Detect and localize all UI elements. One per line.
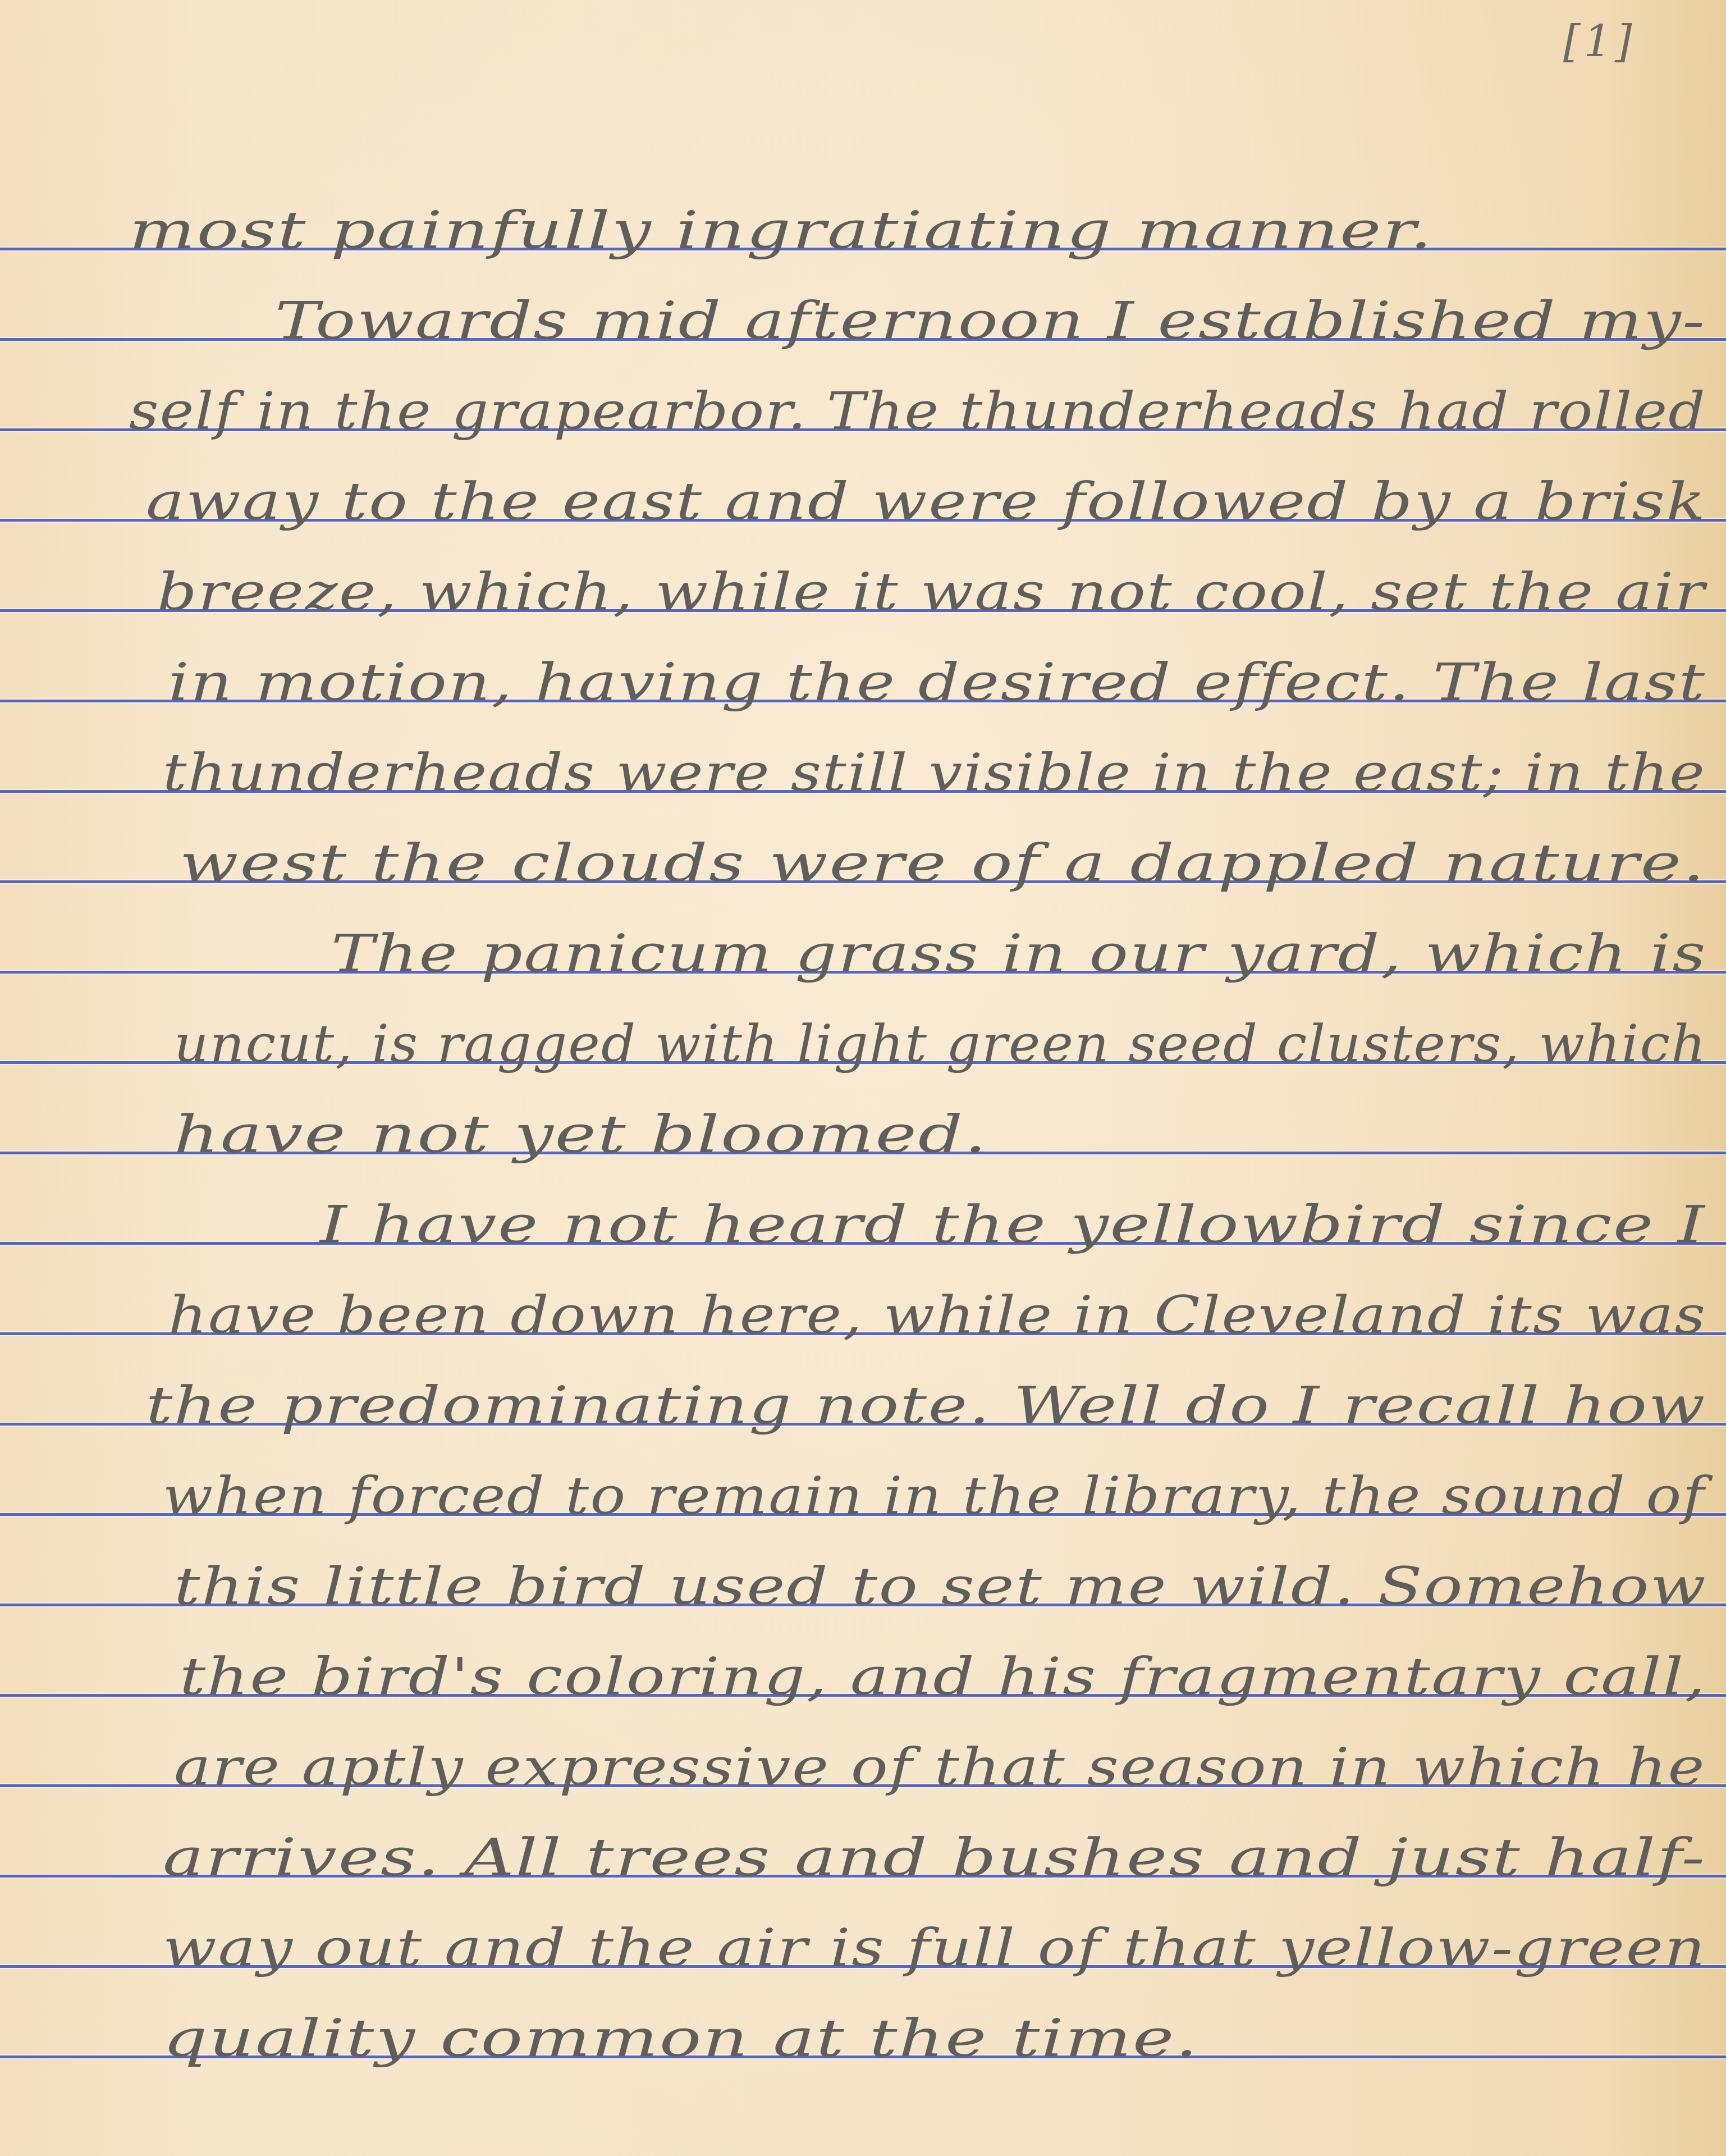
text-line: the predominating note. Well do I recall… [146, 1380, 1706, 1432]
text-line: away to the east and were followed by a … [146, 476, 1706, 528]
text-line: arrives. All trees and bushes and just h… [163, 1832, 1706, 1884]
text-line: I have not heard the yellowbird since I [320, 1199, 1706, 1251]
text-line: quality common at the time. [163, 2013, 1199, 2064]
text-line: are aptly expressive of that season in w… [174, 1742, 1706, 1793]
text-line: self in the grapearbor. The thunderheads… [129, 386, 1706, 437]
journal-page: [1] most painfully ingratiating manner.T… [0, 0, 1726, 2156]
text-line: thunderheads were still visible in the e… [163, 747, 1706, 799]
text-line: uncut, is ragged with light green seed c… [174, 1018, 1707, 1070]
text-line: most painfully ingratiating manner. [129, 205, 1434, 257]
text-line: have not yet bloomed. [174, 1109, 988, 1161]
text-line: this little bird used to set me wild. So… [174, 1561, 1707, 1613]
text-line: in motion, having the desired effect. Th… [168, 657, 1706, 709]
text-line: when forced to remain in the library, th… [163, 1470, 1705, 1522]
text-line: have been down here, while in Cleveland … [168, 1290, 1707, 1341]
text-line: way out and the air is full of that yell… [163, 1922, 1706, 1974]
text-line: Towards mid afternoon I established my- [275, 295, 1706, 347]
text-line: breeze, which, while it was not cool, se… [157, 567, 1706, 618]
text-line: west the clouds were of a dappled nature… [180, 838, 1706, 889]
text-line: The panicum grass in our yard, which is [331, 928, 1707, 980]
page-number: [1] [1563, 17, 1636, 67]
text-line: the bird's coloring, and his fragmentary… [180, 1651, 1707, 1703]
